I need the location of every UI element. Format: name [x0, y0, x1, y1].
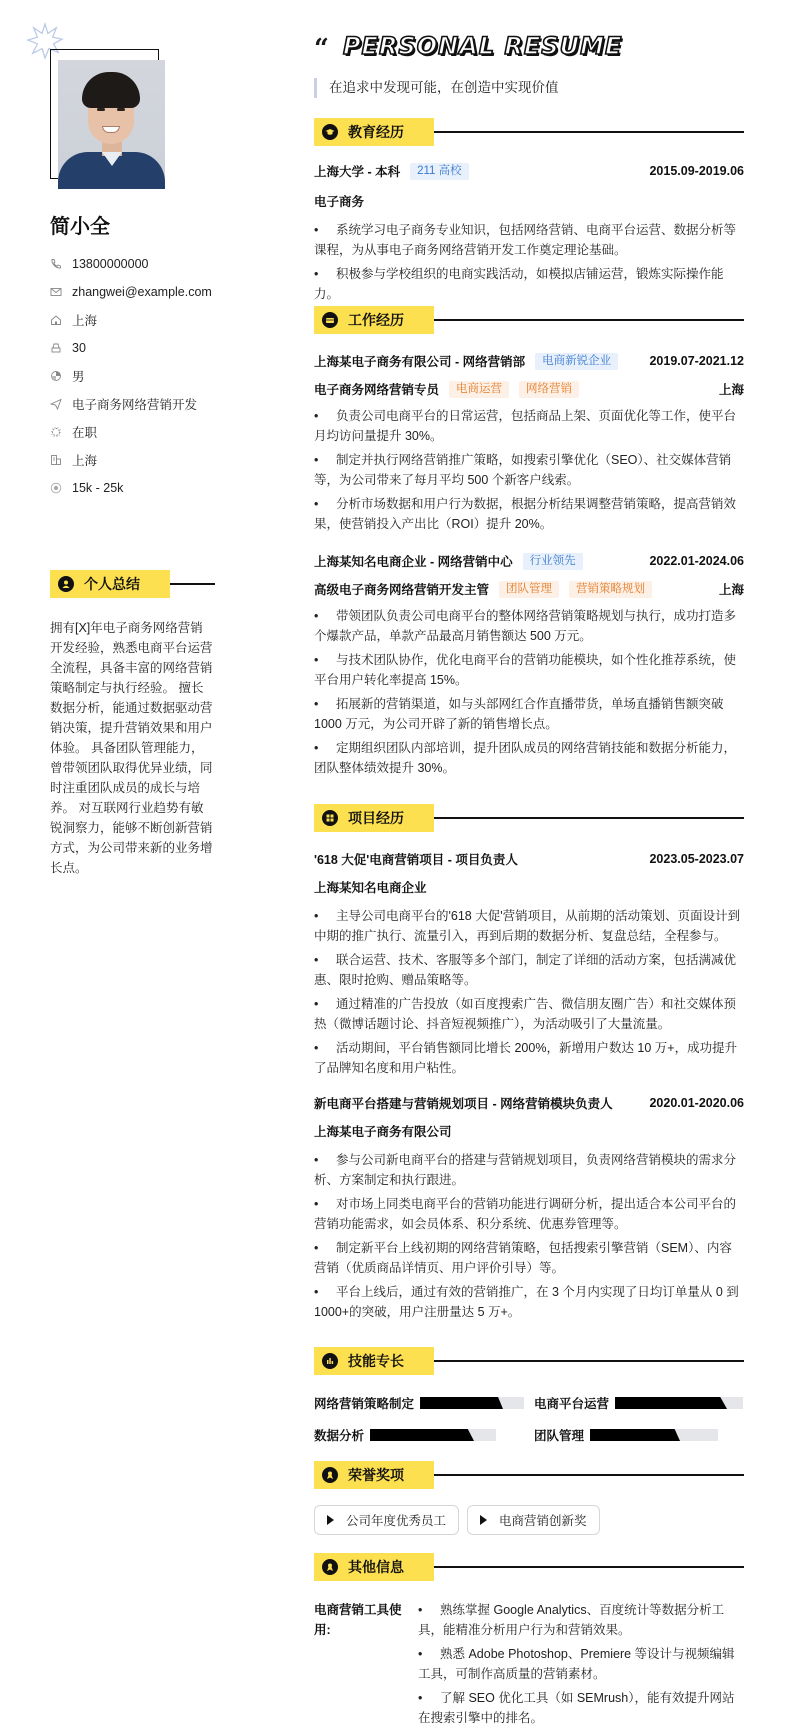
bar-chart-icon: [322, 1353, 338, 1369]
project-name: 新电商平台搭建与营销规划项目 - 网络营销模块负责人: [314, 1094, 613, 1112]
skill-item: 网络营销策略制定: [314, 1394, 534, 1412]
info-status: 在职: [50, 418, 212, 446]
age-value: 30: [72, 341, 86, 355]
skill-item: 电商平台运营: [534, 1394, 744, 1412]
projects-title: 项目经历: [348, 808, 404, 828]
job-location: 上海: [719, 580, 744, 598]
section-awards-header: 荣誉奖项: [314, 1461, 744, 1489]
grid-icon: [322, 810, 338, 826]
job-intent-value: 电子商务网络营销开发: [72, 395, 197, 413]
salary-value: 15k - 25k: [72, 481, 123, 495]
email-value: zhangwei@example.com: [72, 285, 212, 299]
list-item: •积极参与学校组织的电商实践活动，如模拟店铺运营，锻炼实际操作能力。: [314, 264, 744, 304]
info-icon: [322, 1559, 338, 1575]
other-info: 电商营销工具使用: •熟练掌握 Google Analytics、百度统计等数据…: [314, 1600, 744, 1732]
job-role: 电子商务网络营销专员: [314, 380, 439, 398]
role-tag: 网络营销: [519, 381, 579, 398]
work-title: 工作经历: [348, 310, 404, 330]
info-job-intent: 电子商务网络营销开发: [50, 390, 212, 418]
send-icon: [50, 398, 62, 410]
skills-grid: 网络营销策略制定 电商平台运营 数据分析 团队管理: [314, 1394, 744, 1444]
info-gender: 男: [50, 362, 212, 390]
salary-icon: [50, 482, 62, 494]
list-item: •拓展新的营销渠道，如与头部网红合作直播带货，单场直播销售额突破 1000 万元…: [314, 694, 744, 734]
project-entry-1: '618 大促'电商营销项目 - 项目负责人 2023.05-2023.07 上…: [314, 850, 744, 1082]
email-icon: [50, 286, 62, 298]
job-period: 2022.01-2024.06: [649, 554, 744, 568]
list-item: •制定并执行网络营销推广策略，如搜索引擎优化（SEO）、社交媒体营销等，为公司带…: [314, 450, 744, 490]
city-value: 上海: [72, 451, 97, 469]
job-role: 高级电子商务网络营销开发主管: [314, 580, 489, 598]
play-icon: [480, 1515, 487, 1525]
section-other-header: 其他信息: [314, 1553, 744, 1581]
section-work-header: 工作经历: [314, 306, 744, 334]
play-icon: [327, 1515, 334, 1525]
job-period: 2019.07-2021.12: [649, 354, 744, 368]
phone-value: 13800000000: [72, 257, 148, 271]
phone-icon: [50, 258, 62, 270]
summary-title: 个人总结: [84, 574, 140, 594]
role-tag: 营销策略规划: [569, 581, 652, 598]
project-period: 2020.01-2020.06: [649, 1096, 744, 1110]
resume-title-text: PERSONAL RESUME: [343, 32, 622, 60]
list-item: •系统学习电子商务专业知识，包括网络营销、电商平台运营、数据分析等课程，为从事电…: [314, 220, 744, 260]
list-item: •定期组织团队内部培训，提升团队成员的网络营销技能和数据分析能力，团队整体绩效提…: [314, 738, 744, 778]
list-item: •负责公司电商平台的日常运营，包括商品上架、页面优化等工作，使平台月均访问量提升…: [314, 406, 744, 446]
project-company: 上海某电子商务有限公司: [314, 1122, 744, 1140]
info-email: zhangwei@example.com: [50, 278, 212, 306]
education-period: 2015.09-2019.06: [649, 164, 744, 178]
skill-bar: [370, 1429, 496, 1441]
section-education-header: 教育经历: [314, 118, 744, 146]
school-tag: 211 高校: [410, 163, 469, 180]
education-bullets: •系统学习电子商务专业知识，包括网络营销、电商平台运营、数据分析等课程，为从事电…: [314, 220, 744, 304]
project-company: 上海某知名电商企业: [314, 878, 744, 896]
section-projects-header: 项目经历: [314, 804, 744, 832]
job-bullets: •带领团队负责公司电商平台的整体网络营销策略规划与执行，成功打造多个爆款产品，单…: [314, 606, 744, 778]
list-item: •与技术团队协作，优化电商平台的营销功能模块，如个性化推荐系统，使平台用户转化率…: [314, 650, 744, 690]
info-salary: 15k - 25k: [50, 474, 212, 502]
role-tag: 电商运营: [449, 381, 509, 398]
contact-info-list: 13800000000 zhangwei@example.com 上海 30 男…: [50, 250, 212, 502]
other-label: 电商营销工具使用:: [314, 1600, 418, 1732]
major: 电子商务: [314, 192, 744, 210]
user-icon: [58, 576, 74, 592]
list-item: •制定新平台上线初期的网络营销策略，包括搜索引擎营销（SEM）、内容营销（优质商…: [314, 1238, 744, 1278]
status-value: 在职: [72, 423, 97, 441]
quote-mark-icon: “: [314, 36, 329, 62]
skills-title: 技能专长: [348, 1351, 404, 1371]
work-entry-1: 上海某电子商务有限公司 - 网络营销部 电商新锐企业 2019.07-2021.…: [314, 352, 744, 538]
skill-bar: [615, 1397, 743, 1409]
award-badge: 电商营销创新奖: [467, 1505, 600, 1535]
summary-text: 拥有[X]年电子商务网络营销开发经验，熟悉电商平台运营全流程，具备丰富的网络营销…: [50, 618, 215, 878]
skill-item: 团队管理: [534, 1426, 744, 1444]
info-city: 上海: [50, 446, 212, 474]
awards-title: 荣誉奖项: [348, 1465, 404, 1485]
skill-bar: [420, 1397, 524, 1409]
list-item: •参与公司新电商平台的搭建与营销规划项目，负责网络营销模块的需求分析、方案制定和…: [314, 1150, 744, 1190]
school-name: 上海大学 - 本科: [314, 162, 400, 180]
company-name: 上海某电子商务有限公司 - 网络营销部: [314, 352, 525, 370]
list-item: •熟悉 Adobe Photoshop、Premiere 等设计与视频编辑工具，…: [418, 1644, 744, 1684]
home-icon: [50, 314, 62, 326]
list-item: •了解 SEO 优化工具（如 SEMrush），能有效提升网站在搜索引擎中的排名…: [418, 1688, 744, 1728]
list-item: •联合运营、技术、客服等多个部门，制定了详细的活动方案，包括满减优惠、限时抢购、…: [314, 950, 744, 990]
status-icon: [50, 426, 62, 438]
home-value: 上海: [72, 311, 97, 329]
person-name: 简小全: [50, 210, 110, 239]
project-name: '618 大促'电商营销项目 - 项目负责人: [314, 850, 518, 868]
avatar: [58, 60, 165, 189]
project-entry-2: 新电商平台搭建与营销规划项目 - 网络营销模块负责人 2020.01-2020.…: [314, 1094, 744, 1326]
award-badge: 公司年度优秀员工: [314, 1505, 459, 1535]
award-icon: [322, 1467, 338, 1483]
gender-value: 男: [72, 367, 85, 385]
work-entry-2: 上海某知名电商企业 - 网络营销中心 行业领先 2022.01-2024.06 …: [314, 552, 744, 782]
section-summary-header: 个人总结: [50, 570, 215, 598]
project-bullets: •主导公司电商平台的'618 大促'营销项目，从前期的活动策划、页面设计到中期的…: [314, 906, 744, 1078]
section-skills-header: 技能专长: [314, 1347, 744, 1375]
skill-bar: [590, 1429, 718, 1441]
job-bullets: •负责公司电商平台的日常运营，包括商品上架、页面优化等工作，使平台月均访问量提升…: [314, 406, 744, 534]
briefcase-icon: [322, 312, 338, 328]
other-title: 其他信息: [348, 1557, 404, 1577]
skill-item: 数据分析: [314, 1426, 534, 1444]
resume-title: “ PERSONAL RESUME: [314, 30, 622, 62]
company-tag: 电商新锐企业: [535, 353, 618, 370]
list-item: •通过精准的广告投放（如百度搜索广告、微信朋友圈广告）和社交媒体预热（微博话题讨…: [314, 994, 744, 1034]
education-title: 教育经历: [348, 122, 404, 142]
list-item: •熟练掌握 Google Analytics、百度统计等数据分析工具，能精准分析…: [418, 1600, 744, 1640]
age-icon: [50, 342, 62, 354]
info-age: 30: [50, 334, 212, 362]
list-item: •活动期间，平台销售额同比增长 200%，新增用户数达 10 万+，成功提升了品…: [314, 1038, 744, 1078]
info-home: 上海: [50, 306, 212, 334]
left-column: 简小全 13800000000 zhangwei@example.com 上海 …: [0, 0, 260, 1733]
role-tag: 团队管理: [499, 581, 559, 598]
building-icon: [50, 454, 62, 466]
list-item: •分析市场数据和用户行为数据，根据分析结果调整营销策略，提高营销效果，使营销投入…: [314, 494, 744, 534]
education-entry: 上海大学 - 本科 211 高校 2015.09-2019.06 电子商务 •系…: [314, 162, 744, 308]
gender-icon: [50, 370, 62, 382]
list-item: •带领团队负责公司电商平台的整体网络营销策略规划与执行，成功打造多个爆款产品，单…: [314, 606, 744, 646]
company-tag: 行业领先: [523, 553, 583, 570]
job-location: 上海: [719, 380, 744, 398]
list-item: •对市场上同类电商平台的营销功能进行调研分析，提出适合本公司平台的营销功能需求，…: [314, 1194, 744, 1234]
motto: 在追求中发现可能，在创造中实现价值: [314, 78, 559, 98]
awards-list: 公司年度优秀员工 电商营销创新奖: [314, 1505, 744, 1535]
company-name: 上海某知名电商企业 - 网络营销中心: [314, 552, 513, 570]
project-period: 2023.05-2023.07: [649, 852, 744, 866]
list-item: •主导公司电商平台的'618 大促'营销项目，从前期的活动策划、页面设计到中期的…: [314, 906, 744, 946]
info-phone: 13800000000: [50, 250, 212, 278]
project-bullets: •参与公司新电商平台的搭建与营销规划项目，负责网络营销模块的需求分析、方案制定和…: [314, 1150, 744, 1322]
other-bullets: •熟练掌握 Google Analytics、百度统计等数据分析工具，能精准分析…: [418, 1600, 744, 1732]
graduation-cap-icon: [322, 124, 338, 140]
list-item: •平台上线后，通过有效的营销推广，在 3 个月内实现了日均订单量从 0 到 10…: [314, 1282, 744, 1322]
